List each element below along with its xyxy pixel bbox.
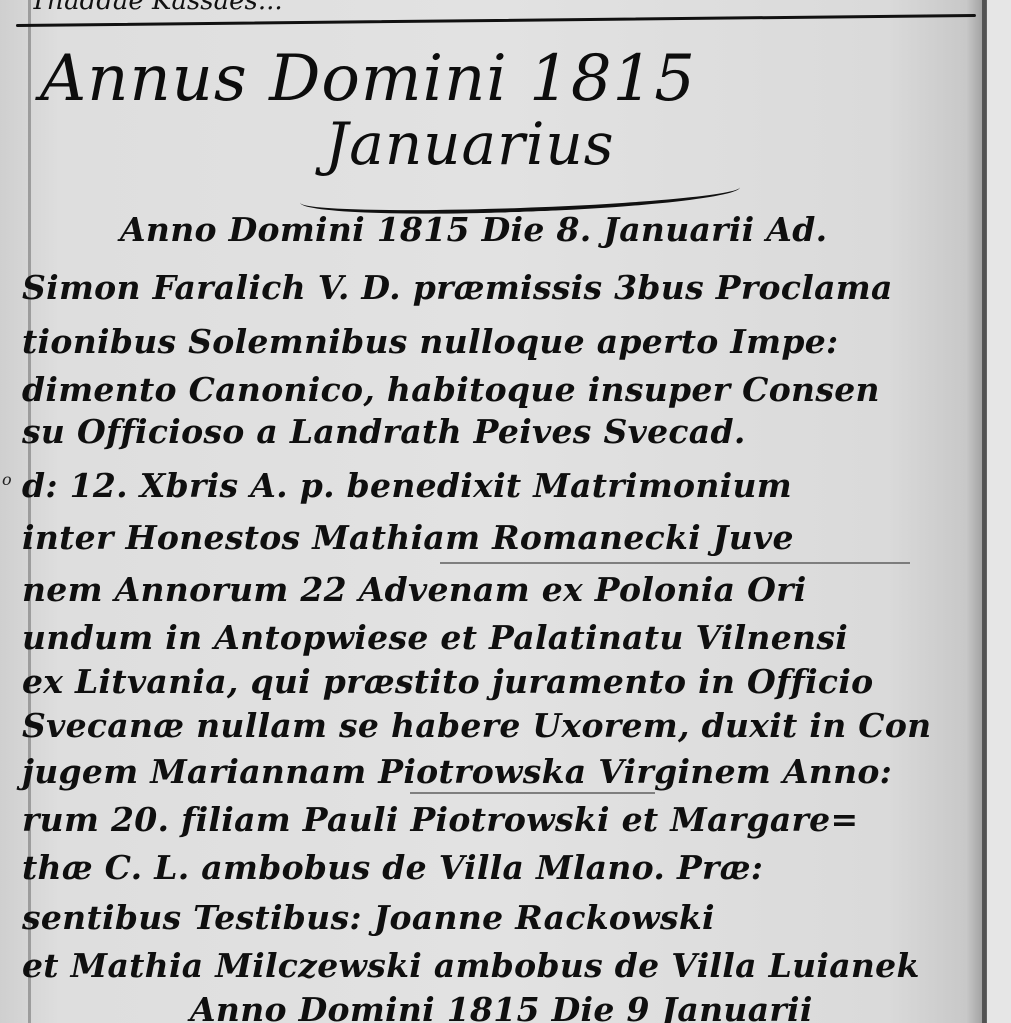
bride-name-underline bbox=[410, 792, 655, 794]
entry-line-17: Anno Domini 1815 Die 9 Januarii bbox=[190, 990, 813, 1023]
entry-line-9: undum in Antopwiese et Palatinatu Vilnen… bbox=[22, 618, 848, 657]
scan-background-strip bbox=[987, 0, 1011, 1023]
month-heading: Januarius bbox=[325, 110, 615, 178]
entry-line-2: Simon Faralich V. D. præmissis 3bus Proc… bbox=[22, 268, 893, 307]
previous-entry-fragment: Thaddae Kassaes... bbox=[30, 0, 283, 16]
entry-line-6: d: 12. Xbris A. p. benedixit Matrimonium bbox=[22, 466, 792, 505]
entry-line-3: tionibus Solemnibus nulloque aperto Impe… bbox=[22, 322, 839, 361]
entry-line-13: rum 20. filiam Pauli Piotrowski et Marga… bbox=[22, 800, 858, 839]
name-underline bbox=[440, 562, 910, 564]
entry-line-16: et Mathia Milczewski ambobus de Villa Lu… bbox=[22, 946, 920, 985]
entry-line-14: thæ C. L. ambobus de Villa Mlano. Præ: bbox=[22, 848, 763, 887]
entry-line-1: Anno Domini 1815 Die 8. Januarii Ad. bbox=[120, 210, 827, 249]
year-heading: Annus Domini 1815 bbox=[40, 42, 696, 116]
entry-line-4: dimento Canonico, habitoque insuper Cons… bbox=[22, 370, 880, 409]
entry-line-7: inter Honestos Mathiam Romanecki Juve bbox=[22, 518, 794, 557]
entry-line-10: ex Litvania, qui præstito juramento in O… bbox=[22, 662, 873, 701]
entry-line-11: Svecanæ nullam se habere Uxorem, duxit i… bbox=[22, 706, 931, 745]
register-page: Thaddae Kassaes... Annus Domini 1815 Jan… bbox=[0, 0, 986, 1023]
entry-line-8: nem Annorum 22 Advenam ex Polonia Ori bbox=[22, 570, 807, 609]
entry-line-5: su Officioso a Landrath Peives Svecad. bbox=[22, 412, 746, 451]
entry-line-12: jugem Mariannam Piotrowska Virginem Anno… bbox=[22, 752, 892, 791]
scanned-document: Thaddae Kassaes... Annus Domini 1815 Jan… bbox=[0, 0, 1011, 1023]
entry-line-15: sentibus Testibus: Joanne Rackowski bbox=[22, 898, 715, 937]
margin-note: o bbox=[2, 470, 12, 489]
